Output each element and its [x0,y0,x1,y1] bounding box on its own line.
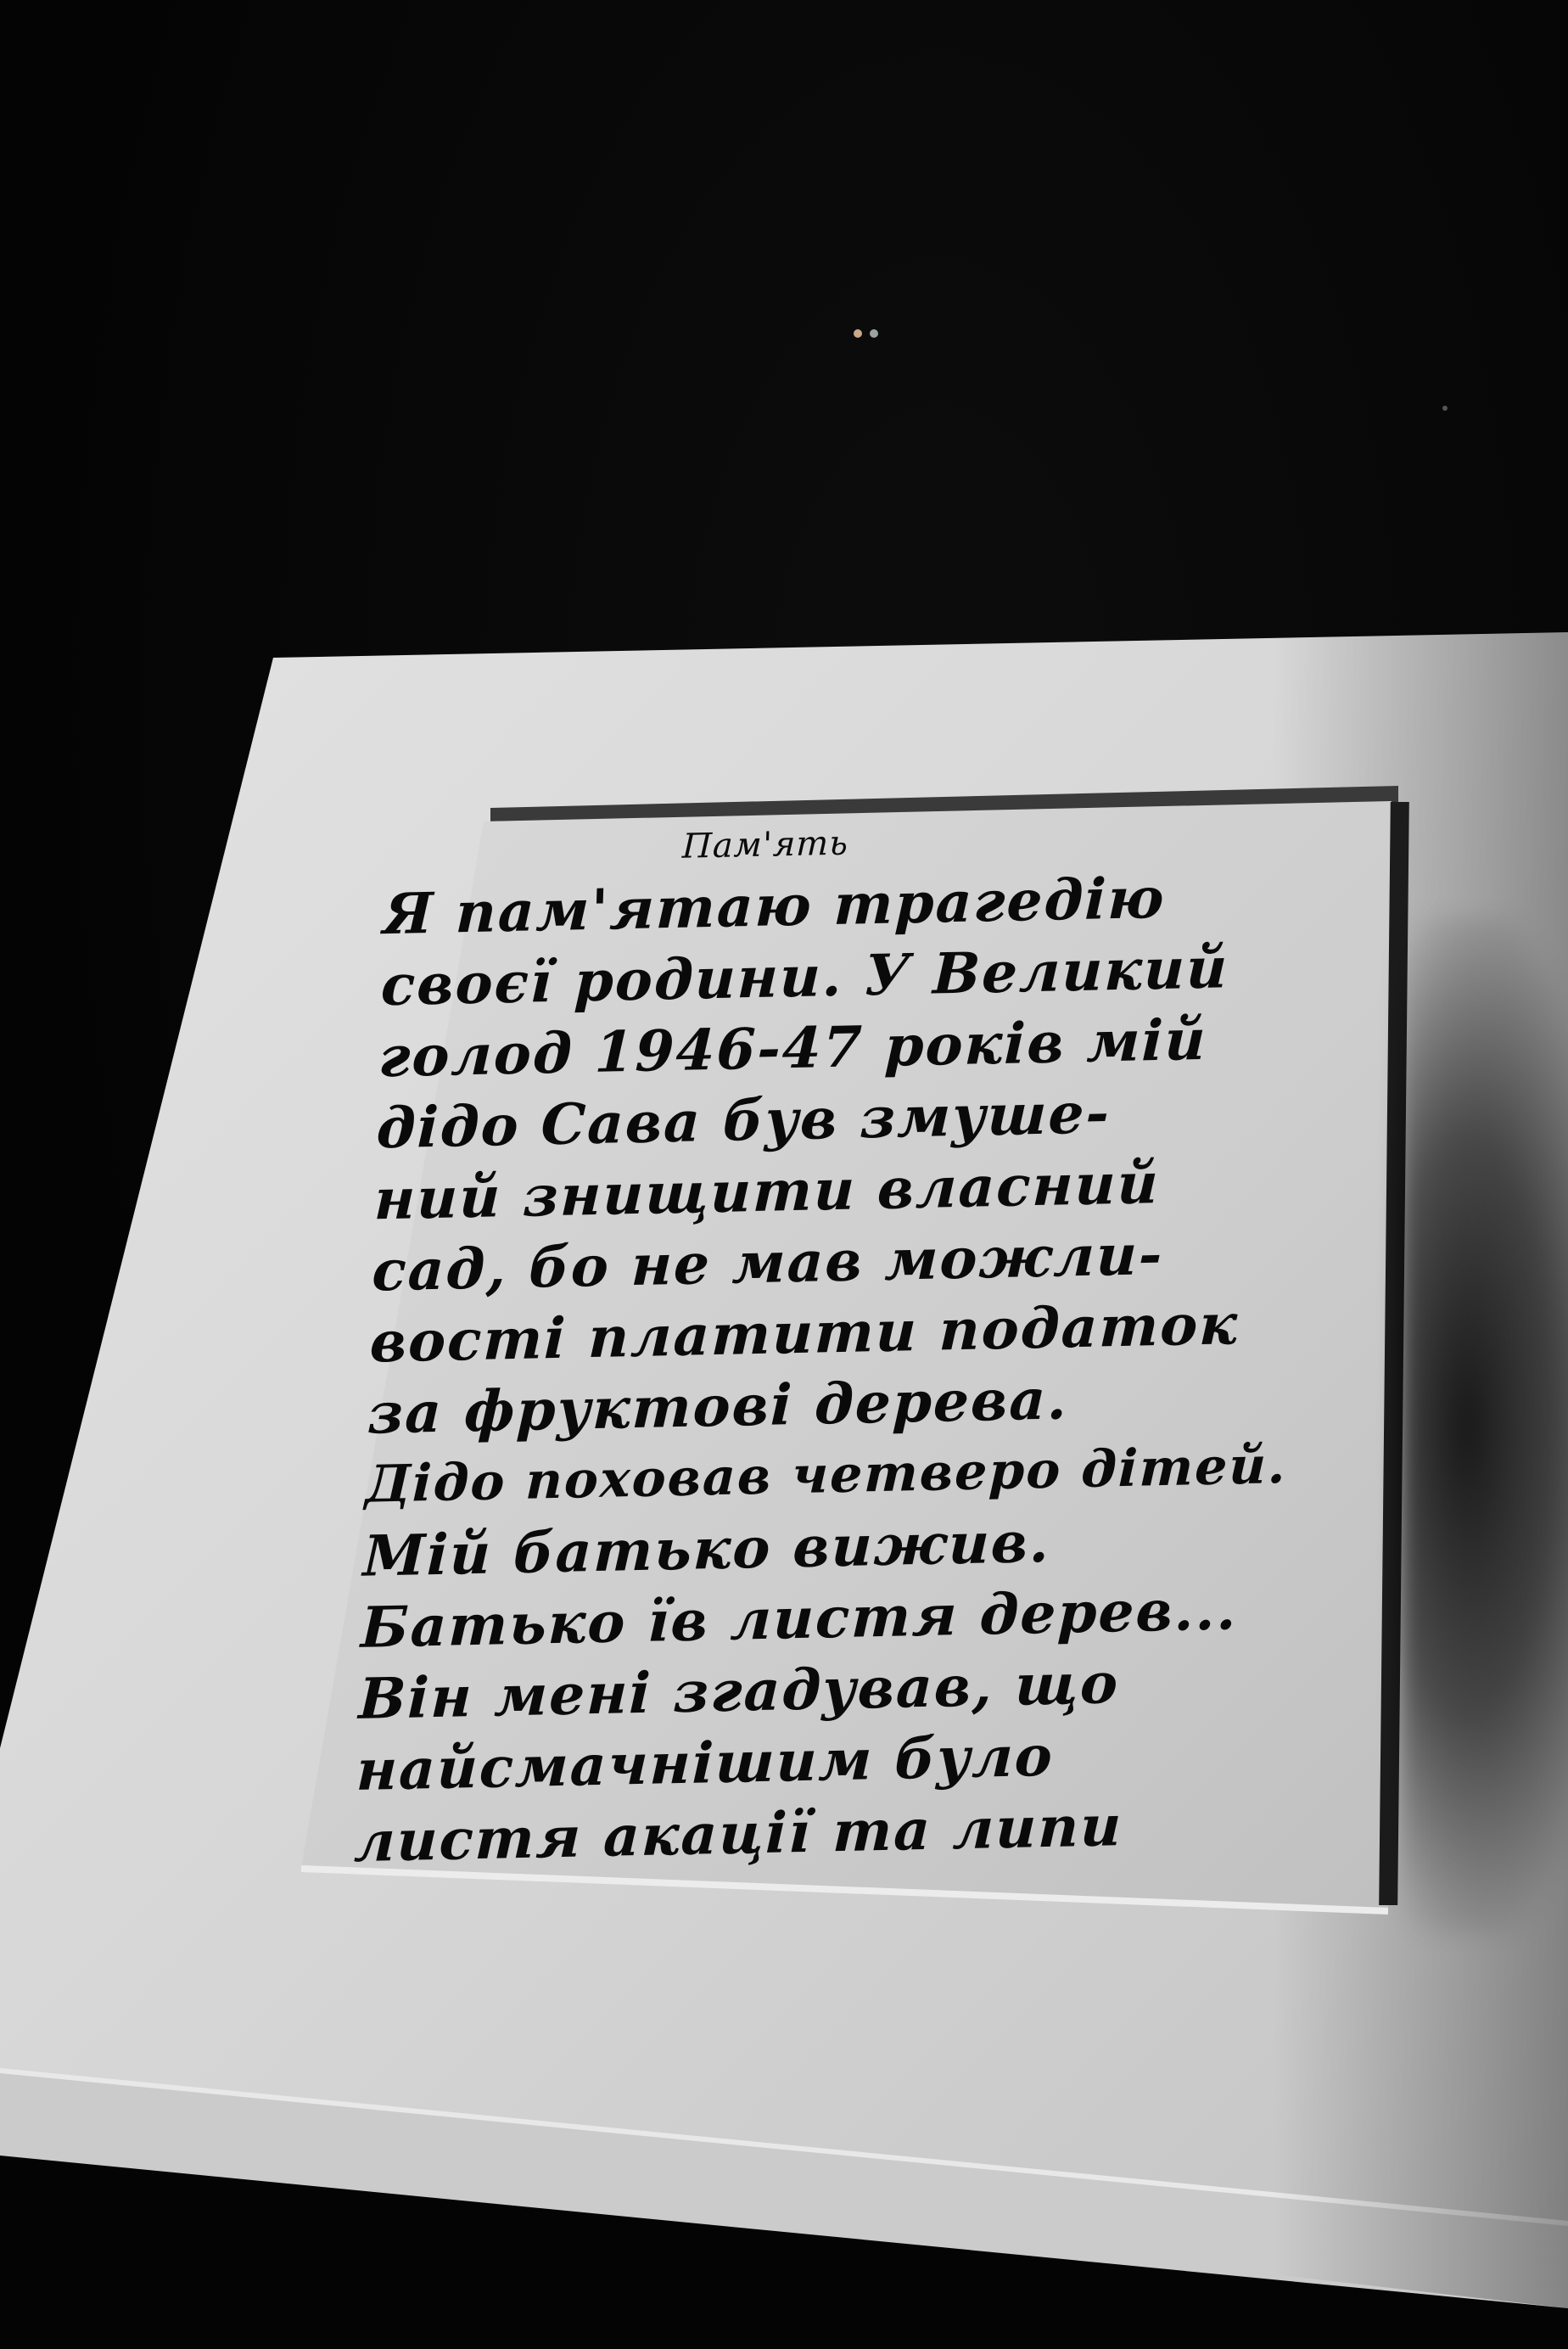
cast-shadow [1400,917,1568,1935]
photo-scene: Пам'ять Я пам'ятаю трагедію своєї родини… [0,0,1568,2349]
handwritten-note: Пам'ять Я пам'ятаю трагедію своєї родини… [353,806,1387,1877]
